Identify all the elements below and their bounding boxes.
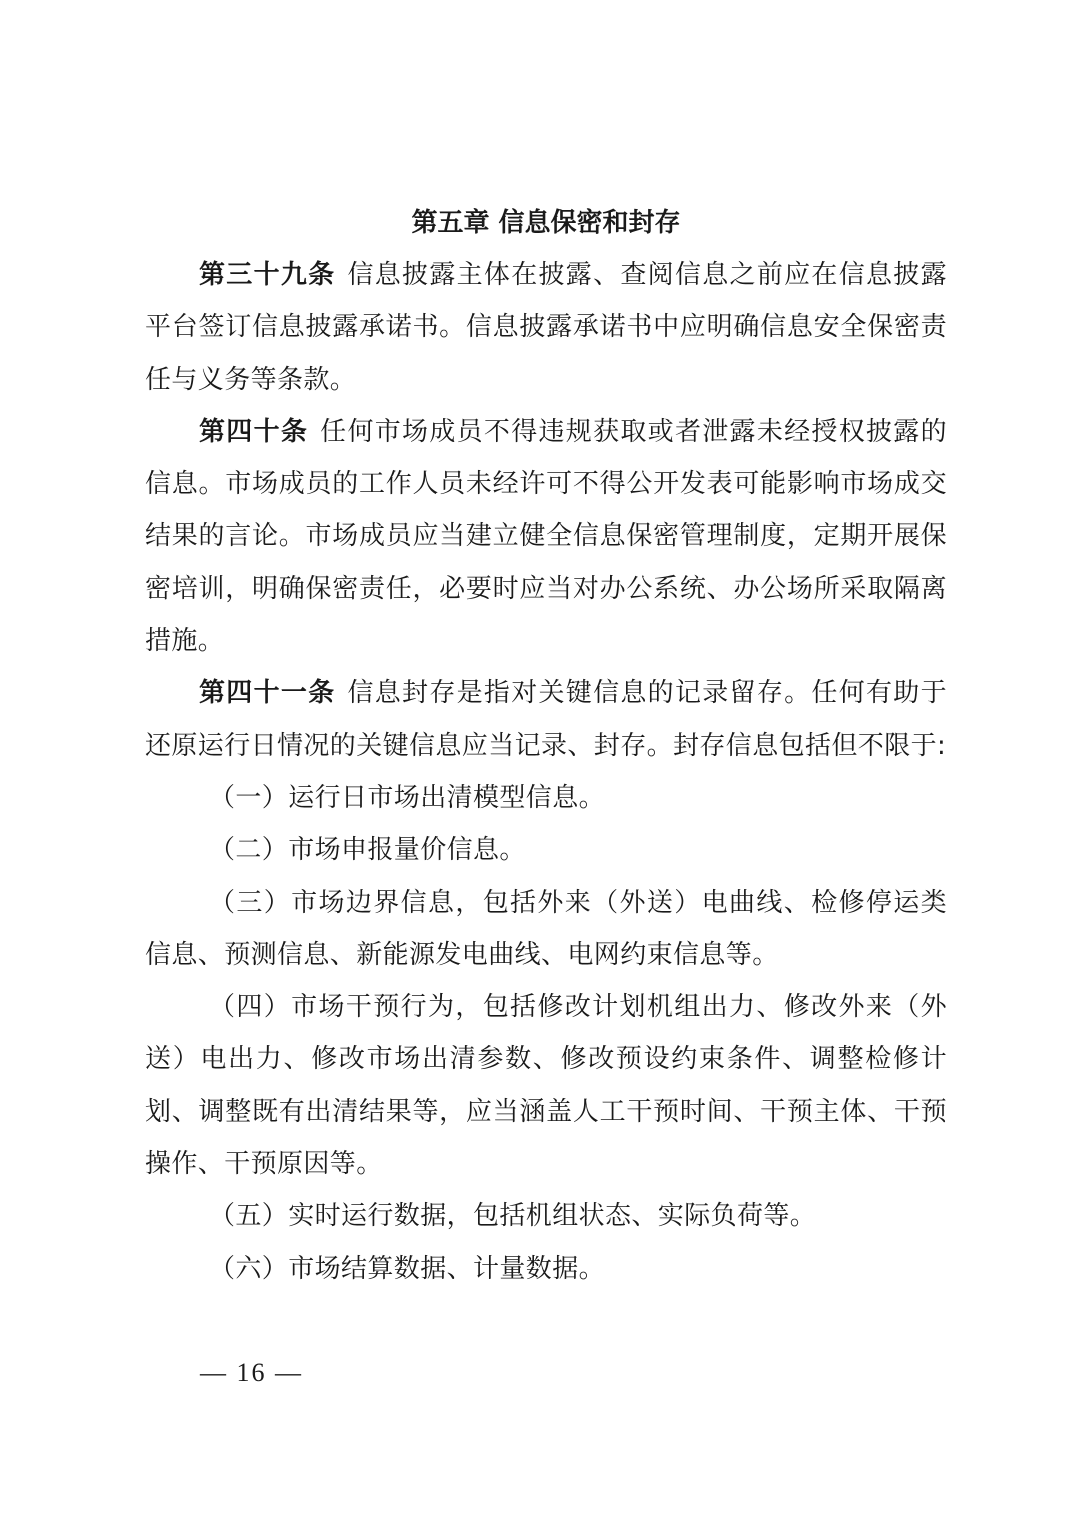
chapter-title: 第五章 信息保密和封存 [145, 197, 947, 249]
article-number: 第四十条 [199, 417, 308, 447]
document-page: 第五章 信息保密和封存 第三十九条信息披露主体在披露、查阅信息之前应在信息披露平… [145, 197, 947, 1295]
list-item: （五）实时运行数据，包括机组状态、实际负荷等。 [145, 1190, 947, 1242]
page-number: — 16 — [200, 1358, 303, 1388]
list-item: （一）运行日市场出清模型信息。 [145, 772, 947, 824]
article-40: 第四十条任何市场成员不得违规获取或者泄露未经授权披露的信息。市场成员的工作人员未… [145, 406, 947, 667]
article-number: 第四十一条 [199, 678, 335, 708]
list-item: （三）市场边界信息，包括外来（外送）电曲线、检修停运类信息、预测信息、新能源发电… [145, 877, 947, 982]
list-item: （四）市场干预行为，包括修改计划机组出力、修改外来（外送）电出力、修改市场出清参… [145, 981, 947, 1190]
list-item: （二）市场申报量价信息。 [145, 824, 947, 876]
article-41: 第四十一条信息封存是指对关键信息的记录留存。任何有助于还原运行日情况的关键信息应… [145, 667, 947, 772]
article-39: 第三十九条信息披露主体在披露、查阅信息之前应在信息披露平台签订信息披露承诺书。信… [145, 249, 947, 406]
article-text: 任何市场成员不得违规获取或者泄露未经授权披露的信息。市场成员的工作人员未经许可不… [145, 417, 947, 656]
article-number: 第三十九条 [199, 260, 335, 290]
list-item: （六）市场结算数据、计量数据。 [145, 1243, 947, 1295]
